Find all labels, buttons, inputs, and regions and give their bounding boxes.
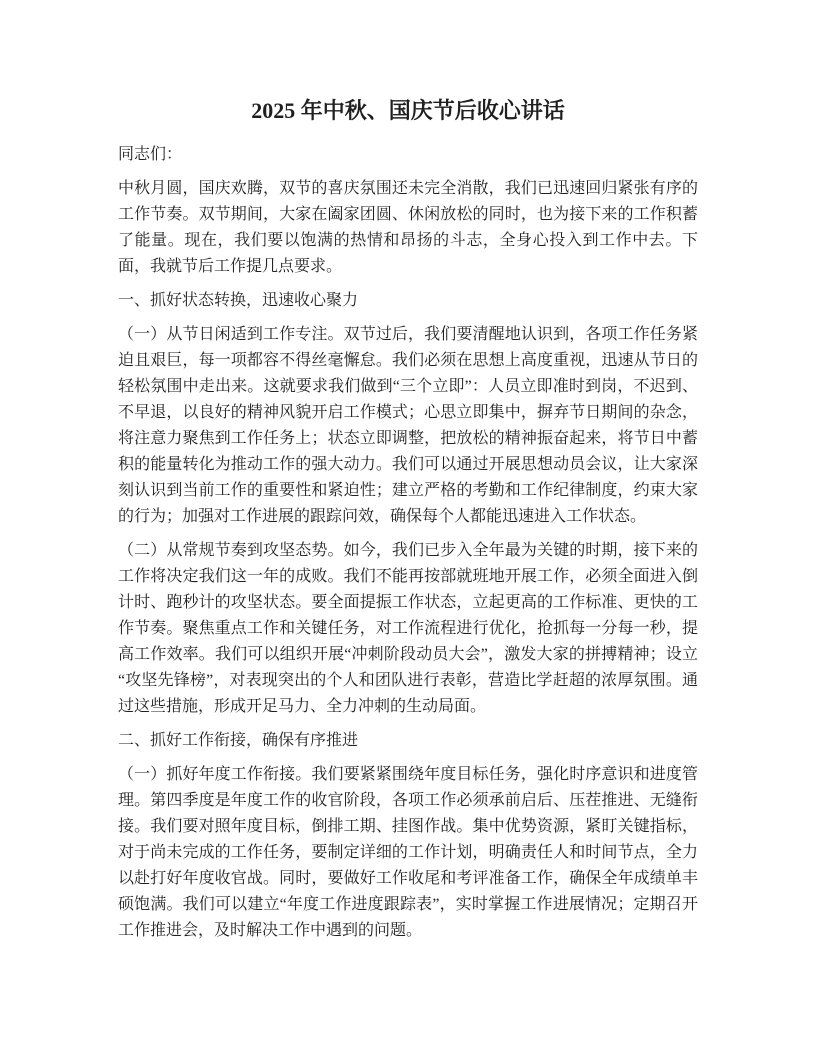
paragraph-section2-item1: （一）抓好年度工作衔接。我们要紧紧围绕年度目标任务，强化时序意识和进度管理。第四… — [118, 762, 698, 944]
paragraph-section1-item2: （二）从常规节奏到攻坚态势。如今，我们已步入全年最为关键的时期，接下来的工作将决… — [118, 538, 698, 720]
document-title: 2025 年中秋、国庆节后收心讲话 — [118, 96, 698, 126]
section-heading-2: 二、抓好工作衔接，确保有序推进 — [118, 728, 698, 754]
section-heading-1: 一、抓好状态转换，迅速收心聚力 — [118, 288, 698, 314]
paragraph-section1-item1: （一）从节日闲适到工作专注。双节过后，我们要清醒地认识到，各项工作任务紧迫且艰巨… — [118, 322, 698, 530]
paragraph-intro: 中秋月圆，国庆欢腾，双节的喜庆氛围还未完全消散，我们已迅速回归紧张有序的工作节奏… — [118, 176, 698, 280]
document-page: 2025 年中秋、国庆节后收心讲话 同志们： 中秋月圆，国庆欢腾，双节的喜庆氛围… — [0, 0, 816, 1056]
salutation: 同志们： — [118, 142, 698, 168]
